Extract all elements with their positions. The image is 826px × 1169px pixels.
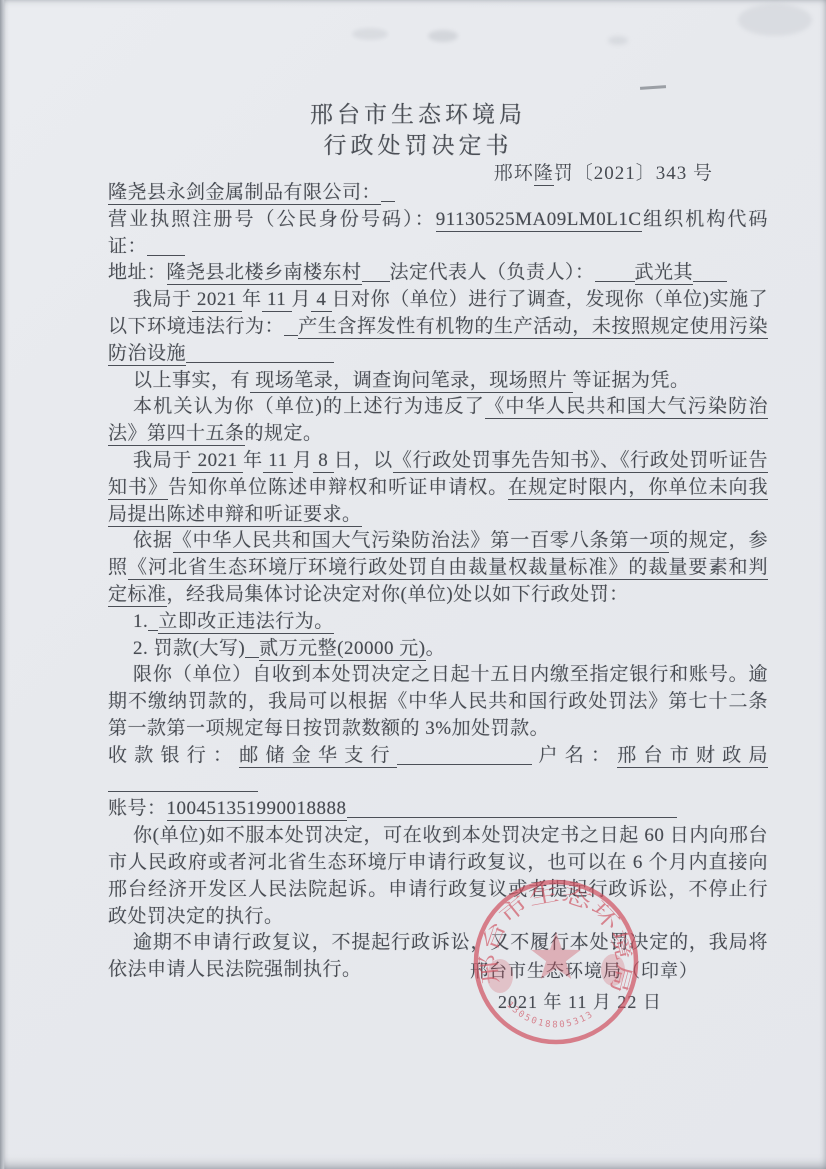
text-segment: 等证据为凭。 <box>573 370 690 391</box>
license-line: 营业执照注册号（公民身份号码）：91130525MA09LM0L1C组织机构代码… <box>108 207 768 261</box>
document-type-title: 行政处罚决定书 <box>88 127 748 160</box>
text-segment: 年 <box>243 450 263 471</box>
penalty-item-1: 1.立即改正违法行为。 <box>108 609 768 636</box>
underlined-text: 邢台市财政局 <box>617 745 768 768</box>
underlined-text: 8 <box>313 450 334 473</box>
blank-underline <box>245 638 259 658</box>
blank-underline <box>108 772 258 792</box>
blank-underline <box>693 262 727 282</box>
underlined-text: 《中华人民共和国大气污染防治法》第一百零八条第一项 <box>173 530 669 553</box>
underlined-text: 隆尧县永剑金属制品有限公司： <box>108 182 381 205</box>
blank-underline <box>147 236 185 256</box>
text-segment: 法定代表人（负责人）： <box>390 262 595 283</box>
underlined-text: 2021 <box>192 289 243 312</box>
text-segment: ，经我局集体讨论决定对你(单位)处以如下行政处罚： <box>167 584 629 605</box>
blank-underline <box>186 343 334 363</box>
underlined-text: 2021 <box>192 450 243 473</box>
underlined-text: 武光其 <box>635 262 694 285</box>
blank-underline <box>284 316 298 336</box>
pencil-smudge <box>608 36 628 45</box>
pencil-smudge <box>352 28 388 40</box>
underlined-text: 贰万元整(20000 元) <box>259 638 425 661</box>
text-segment: 营业执照注册号（公民身份号码）： <box>108 209 436 230</box>
text-segment: 2. 罚款(大写) <box>133 638 245 659</box>
underlined-text: 11 <box>263 450 293 473</box>
text-segment: 你(单位)如不服本处罚决定，可在收到本处罚决定书之日起 60 日内向邢台市人民政… <box>108 825 768 926</box>
official-seal: 邢台市生态环境局 1305018805313 <box>470 876 642 1048</box>
blank-underline <box>595 262 635 282</box>
text-segment: 收款银行： <box>108 745 239 766</box>
investigation-paragraph: 我局于 2021 年 11 月 4 日对你（单位）进行了调查，发现你（单位)实施… <box>108 287 768 367</box>
text-segment: 以上事实，有 <box>133 370 250 391</box>
address-line: 地址：隆尧县北楼乡南楼东村法定代表人（负责人）：武光其 <box>108 260 768 287</box>
text-segment: 1. <box>133 611 148 632</box>
blank-underline <box>362 262 390 282</box>
text-segment: 日，以 <box>334 450 393 471</box>
text-segment: 我局于 <box>133 289 192 310</box>
underlined-text: 11 <box>262 289 292 312</box>
evidence-paragraph: 以上事实，有 现场笔录，调查询问笔录，现场照片 等证据为凭。 <box>108 368 768 395</box>
text-segment: 月 <box>293 450 313 471</box>
text-segment: 的规定。 <box>245 423 323 444</box>
underlined-text: 4 <box>311 289 332 312</box>
account-line: 账号：100451351990018888 <box>108 796 768 823</box>
underlined-text: 隆尧县北楼乡南楼东村 <box>167 262 362 285</box>
scanned-document-page: 邢台市生态环境局 行政处罚决定书 邢环隆罚〔2021〕343 号 隆尧县永剑金属… <box>0 0 826 1169</box>
text-segment: 户名： <box>532 745 618 766</box>
svg-text:1305018805313: 1305018805313 <box>504 1000 596 1030</box>
text-segment: 告知你单位陈述申辩权和听证申请权。 <box>168 477 508 498</box>
payment-deadline-paragraph: 限你（单位）自收到本处罚决定之日起十五日内缴至指定银行和账号。逾期不缴纳罚款的，… <box>108 662 768 742</box>
pencil-smudge <box>428 30 458 42</box>
underlined-text: 100451351990018888 <box>167 798 347 821</box>
underlined-text: 现场笔录，调查询问笔录，现场照片 <box>250 370 573 393</box>
text-segment: 地址： <box>108 262 167 283</box>
underlined-text: 邮储金华支行 <box>239 745 396 768</box>
violation-paragraph: 本机关认为你（单位)的上述行为违反了《中华人民共和国大气污染防治法》第四十五条的… <box>108 394 768 448</box>
blank-underline <box>381 182 395 202</box>
text-segment: 依据 <box>133 530 173 551</box>
text-segment: 月 <box>292 289 312 310</box>
text-segment: 账号： <box>108 798 167 819</box>
text-segment: 限你（单位）自收到本处罚决定之日起十五日内缴至指定银行和账号。逾期不缴纳罚款的，… <box>108 664 768 739</box>
scan-left-edge <box>0 0 5 1169</box>
scan-corner-smudge <box>738 4 812 36</box>
text-segment: 年 <box>242 289 262 310</box>
underlined-text: 91130525MA09LM0L1C <box>436 209 642 232</box>
notification-paragraph: 我局于 2021 年 11 月 8 日，以《行政处罚事先告知书》、《行政处罚听证… <box>108 448 768 528</box>
blank-underline <box>397 745 532 765</box>
pencil-dash <box>640 85 666 89</box>
underlined-text: 。 <box>314 611 334 634</box>
seal-star-icon <box>531 932 580 979</box>
bank-line: 收款银行：邮储金华支行户名：邢台市财政局 <box>108 743 768 797</box>
seal-code: 1305018805313 <box>504 1000 596 1030</box>
document-body: 隆尧县永剑金属制品有限公司：营业执照注册号（公民身份号码）：91130525MA… <box>108 180 768 984</box>
legal-basis-paragraph: 依据《中华人民共和国大气污染防治法》第一百零八条第一项的规定，参照《河北省生态环… <box>108 528 768 608</box>
addressee-line: 隆尧县永剑金属制品有限公司： <box>108 180 768 207</box>
underlined-text: 立即改正违法行为 <box>158 611 314 634</box>
text-segment: 我局于 <box>133 450 192 471</box>
text-segment: 本机关认为你（单位)的上述行为违反了 <box>133 396 485 417</box>
text-segment: 。 <box>426 638 446 659</box>
blank-underline <box>148 611 158 631</box>
agency-title: 邢台市生态环境局 <box>88 96 748 129</box>
penalty-item-2: 2. 罚款(大写)贰万元整(20000 元)。 <box>108 636 768 663</box>
blank-underline <box>347 798 677 818</box>
appeal-rights-paragraph: 你(单位)如不服本处罚决定，可在收到本处罚决定书之日起 60 日内向邢台市人民政… <box>108 823 768 930</box>
